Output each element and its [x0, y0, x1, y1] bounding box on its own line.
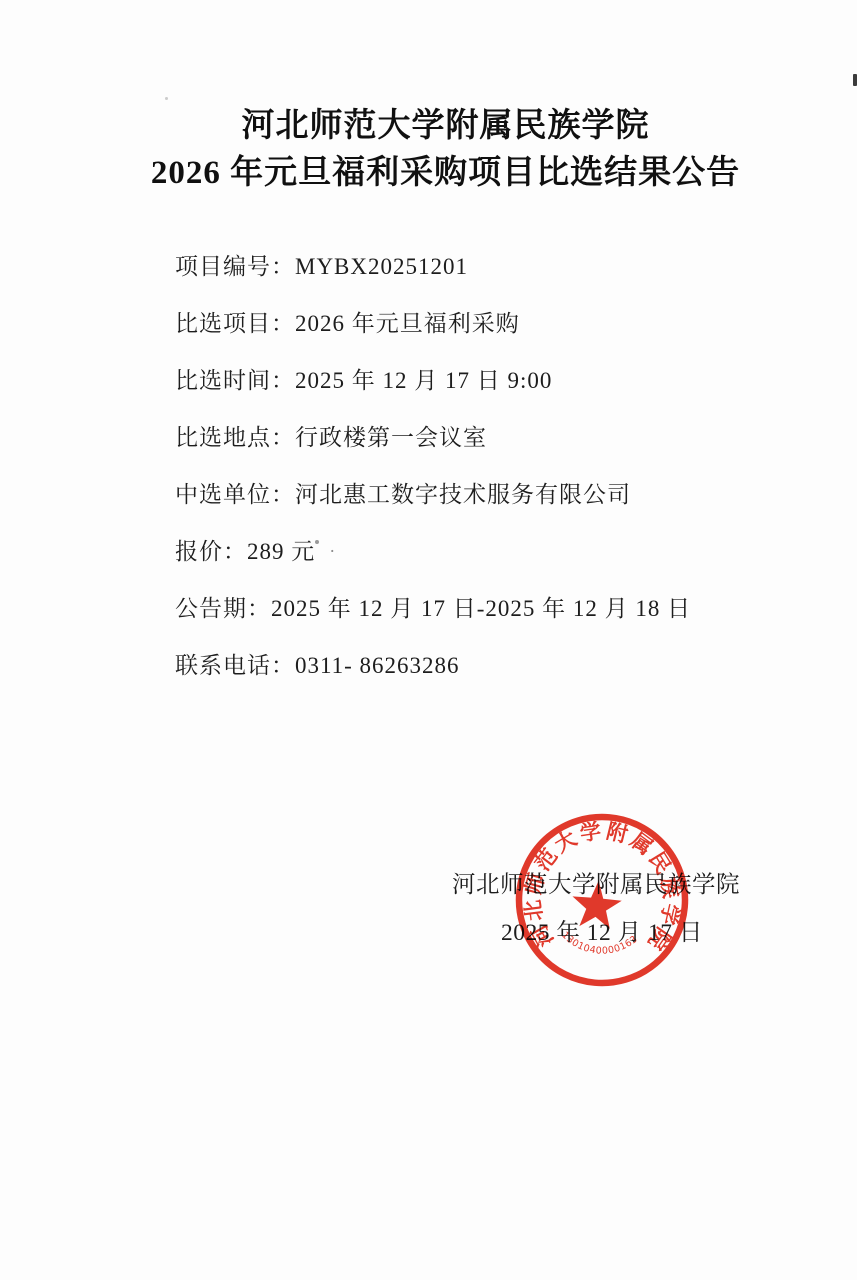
field-value: 2026 年元旦福利采购 [295, 311, 520, 336]
stray-dot-mark: · [329, 523, 336, 580]
field-row-selection-place: 比选地点：行政楼第一会议室 [175, 409, 795, 466]
field-value: 河北惠工数字技术服务有限公司 [295, 482, 631, 507]
field-value: 0311- 86263286 [295, 653, 460, 678]
field-label: 联系电话： [175, 653, 295, 678]
field-list: 项目编号：MYBX20251201 比选项目：2026 年元旦福利采购 比选时间… [175, 238, 795, 694]
document-page: 河北师范大学附属民族学院 2026 年元旦福利采购项目比选结果公告 项目编号：M… [0, 0, 857, 1280]
scan-artifact-dot [315, 540, 319, 544]
field-label: 中选单位： [175, 482, 295, 507]
seal-ring-text: 河北师范大学附属民族学院 [516, 812, 691, 963]
field-row-contact-phone: 联系电话：0311- 86263286 [175, 637, 795, 694]
field-value: 2025 年 12 月 17 日 9:00 [295, 368, 552, 393]
title-line-1: 河北师范大学附属民族学院 [17, 103, 857, 150]
field-row-project-number: 项目编号：MYBX20251201 [175, 238, 795, 295]
title-line-2: 2026 年元旦福利采购项目比选结果公告 [17, 150, 857, 197]
field-label: 项目编号： [175, 254, 295, 279]
official-seal-stamp: 河北师范大学附属民族学院 13010400001638 [499, 797, 705, 1003]
field-value: MYBX20251201 [295, 254, 468, 279]
svg-text:河北师范大学附属民族学院: 河北师范大学附属民族学院 [516, 812, 691, 963]
field-value: 289 元 [247, 539, 315, 564]
field-label: 公告期： [175, 596, 271, 621]
field-label: 报价： [175, 539, 247, 564]
field-row-announcement-period: 公告期：2025 年 12 月 17 日-2025 年 12 月 18 日 [175, 580, 795, 637]
field-label: 比选时间： [175, 368, 295, 393]
field-row-price: 报价：289 元· [175, 523, 795, 580]
field-row-selection-time: 比选时间：2025 年 12 月 17 日 9:00 [175, 352, 795, 409]
field-row-project-name: 比选项目：2026 年元旦福利采购 [175, 295, 795, 352]
field-label: 比选项目： [175, 311, 295, 336]
field-value: 行政楼第一会议室 [295, 425, 487, 450]
scan-artifact-speck [165, 97, 168, 100]
document-title: 河北师范大学附属民族学院 2026 年元旦福利采购项目比选结果公告 [17, 103, 857, 197]
field-row-winning-supplier: 中选单位：河北惠工数字技术服务有限公司 [175, 466, 795, 523]
seal-star-icon [570, 878, 623, 929]
field-value: 2025 年 12 月 17 日-2025 年 12 月 18 日 [271, 596, 691, 621]
scan-artifact-edge-mark [853, 74, 857, 86]
field-label: 比选地点： [175, 425, 295, 450]
